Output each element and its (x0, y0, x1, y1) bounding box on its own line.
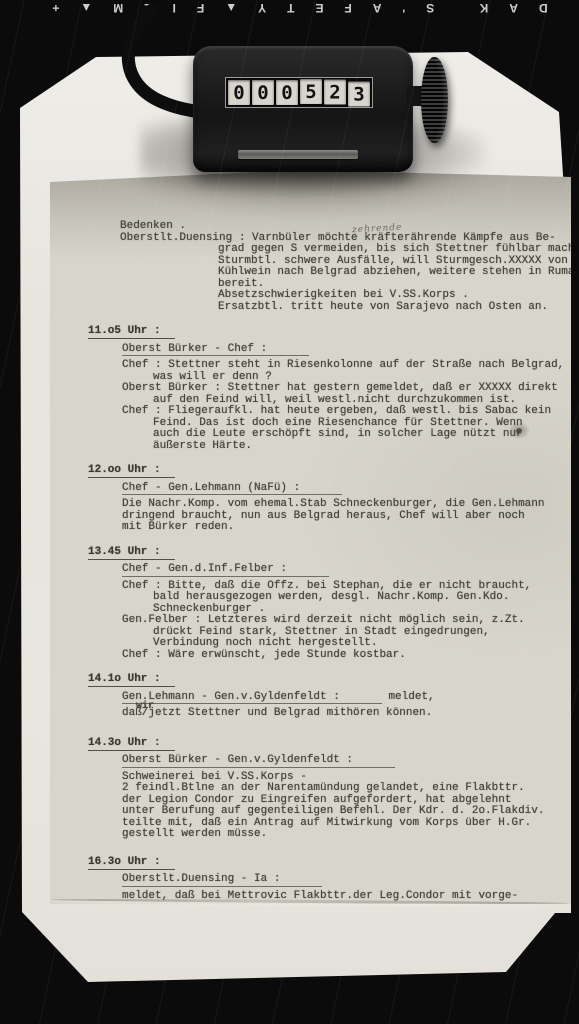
scanned-microfilm-frame: DAK S'AFETY▲FILM▲+ Bedenken . Oberstlt.D… (0, 0, 579, 1024)
counter-digit: 0 (228, 80, 250, 105)
counter-digit: 3 (348, 82, 370, 107)
counter-digit: 0 (276, 80, 298, 105)
counter-bracket (238, 150, 358, 159)
counter-knob (421, 57, 448, 143)
counter-digit: 0 (252, 80, 274, 105)
counter-digit-window: 0 0 0 5 2 3 (225, 77, 373, 108)
counter-digit: 5 (300, 79, 322, 104)
counter-digit: 2 (324, 80, 346, 105)
